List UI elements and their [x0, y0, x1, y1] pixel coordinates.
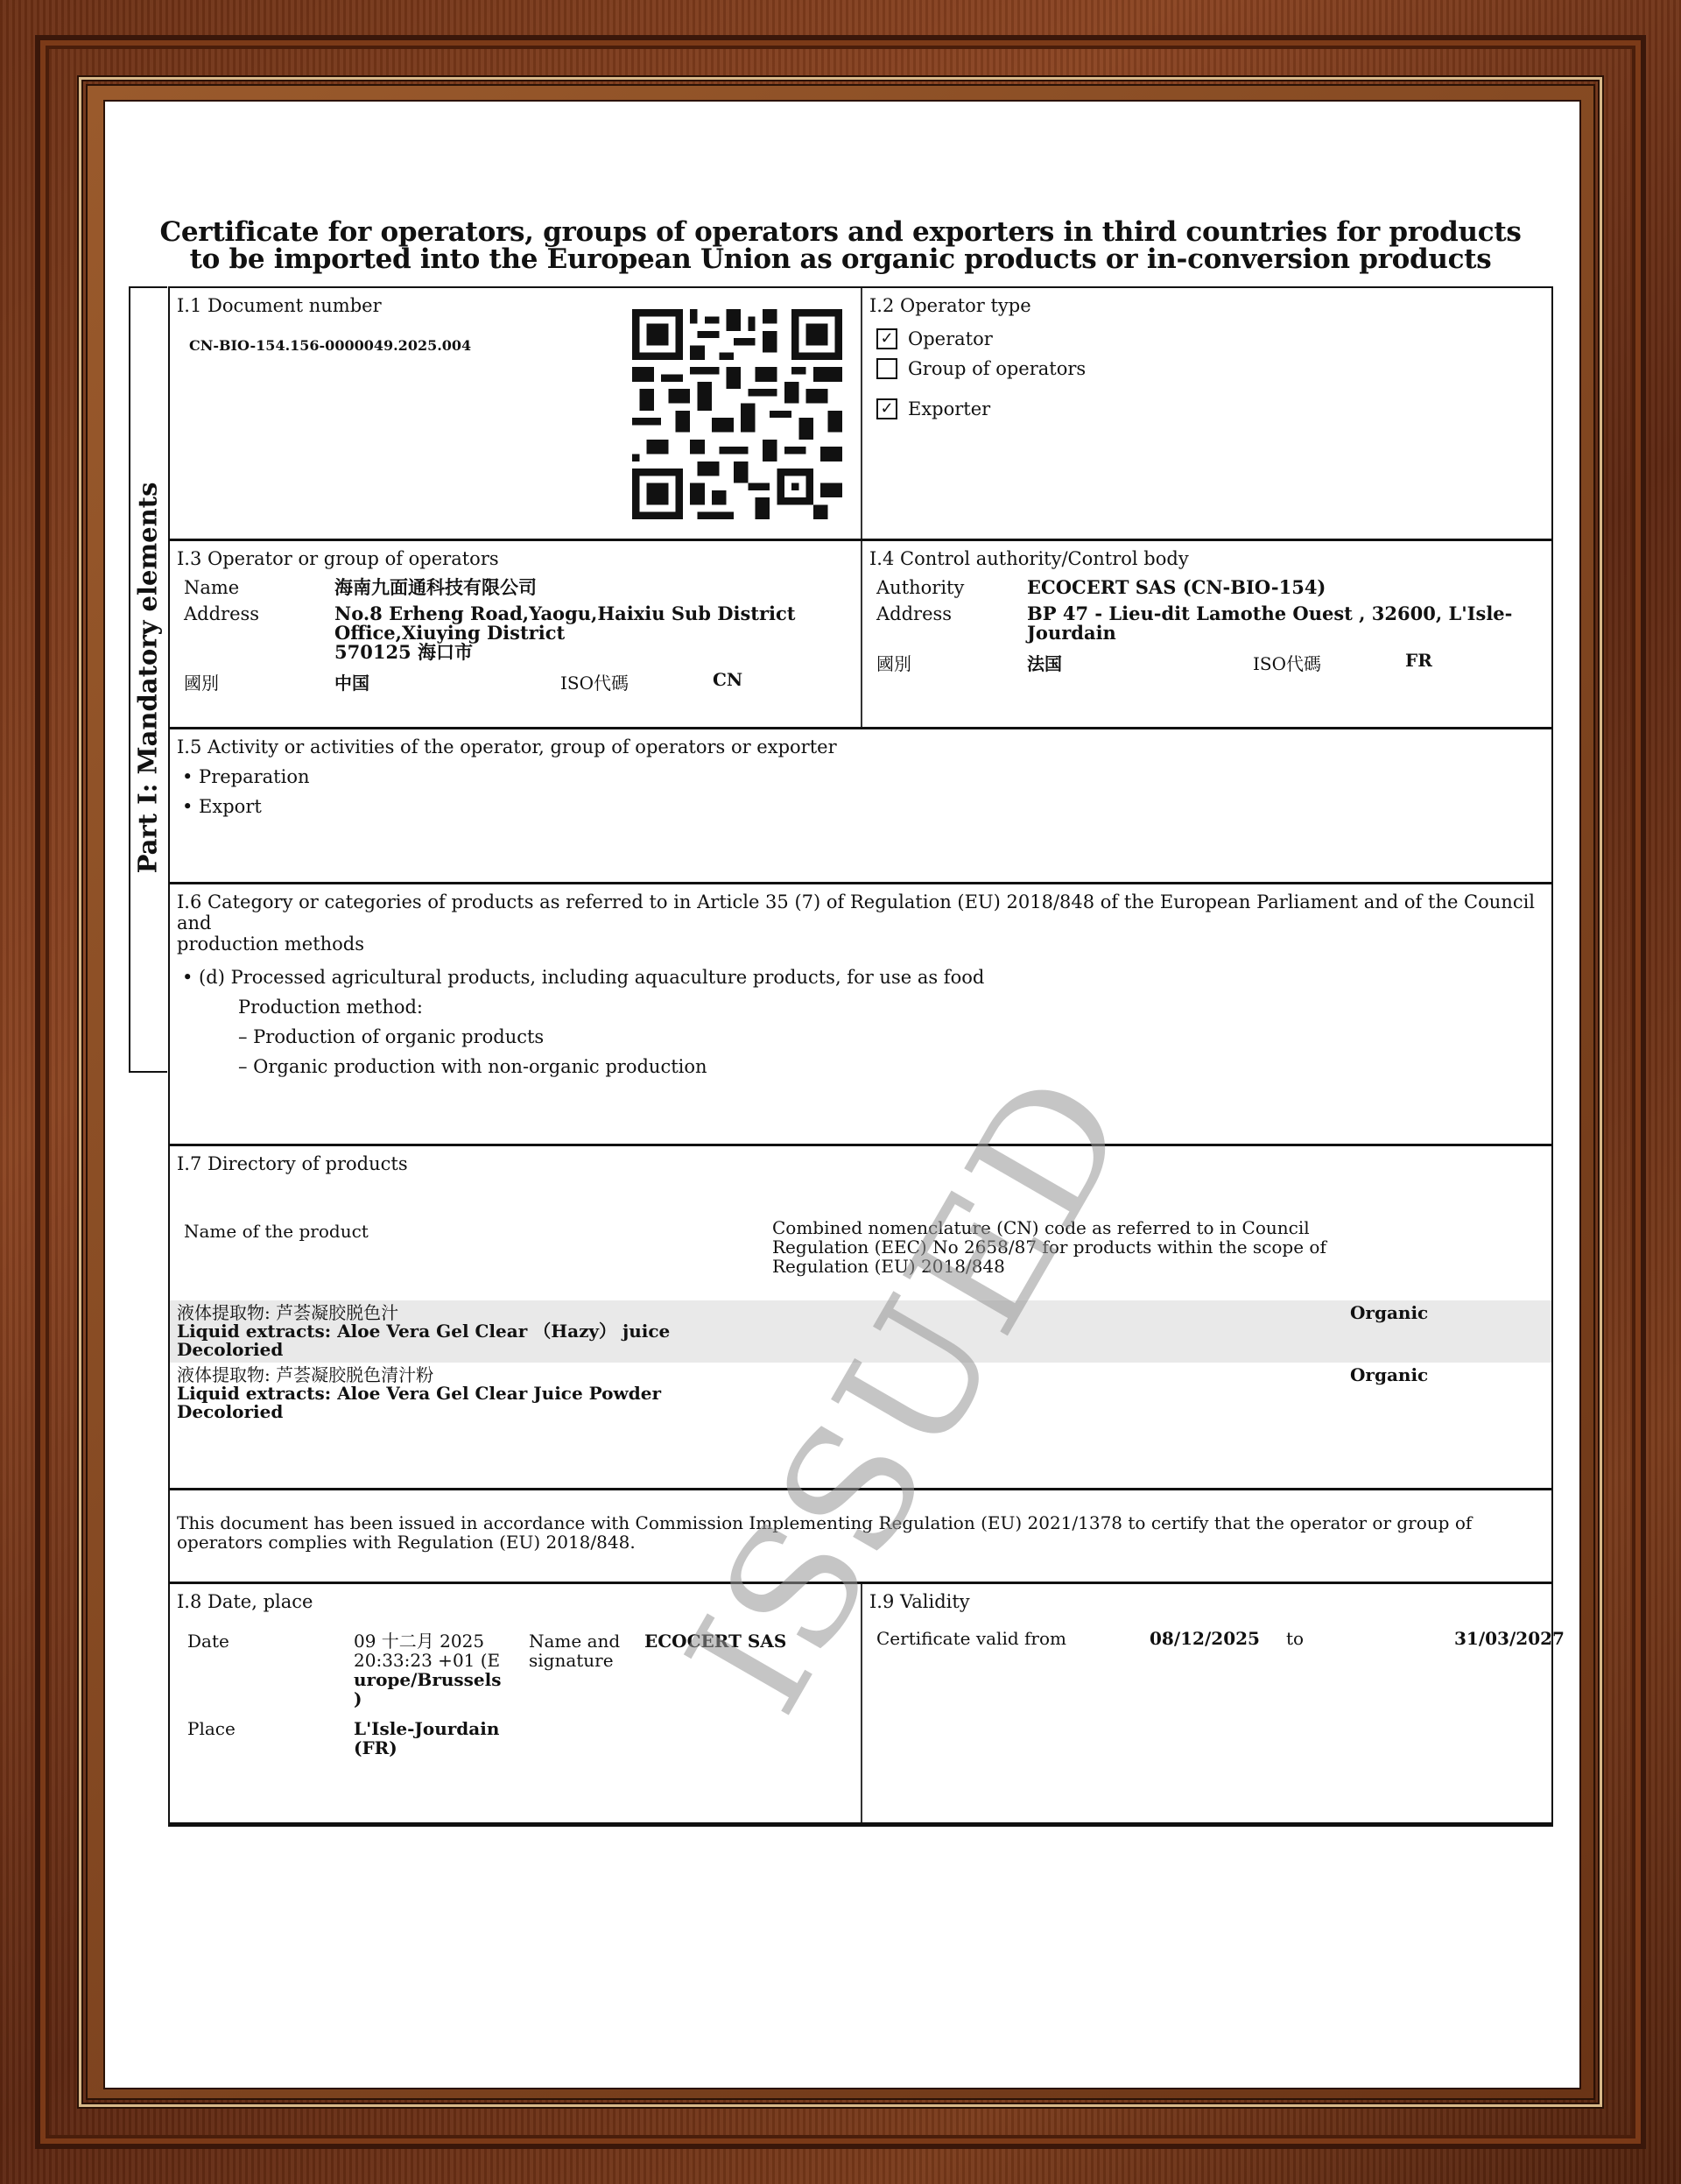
row-operator-authority: I.3 Operator or group of operators Name …	[170, 541, 1551, 729]
signature-value: ECOCERT SAS	[644, 1631, 854, 1708]
section-heading: I.2 Operator type	[869, 295, 1544, 316]
column-cn-line: Regulation (EU) 2018/848	[772, 1257, 1350, 1276]
column-cn-line: Combined nomenclature (CN) code as refer…	[772, 1218, 1350, 1237]
section-heading: production methods	[177, 933, 1544, 955]
checkbox-unchecked-icon[interactable]	[876, 358, 897, 379]
row-categories: I.6 Category or categories of products a…	[170, 884, 1551, 1146]
activity-item: • Export	[182, 796, 1544, 817]
part-label-text: Part I: Mandatory elements	[132, 483, 162, 874]
address-line: Jourdain	[1027, 623, 1544, 643]
checkbox-group-of-operators[interactable]: Group of operators	[876, 358, 1544, 379]
checkbox-exporter[interactable]: ✓Exporter	[876, 398, 1544, 419]
date-line: urope/Brussels	[354, 1670, 529, 1689]
section-activities: I.5 Activity or activities of the operat…	[170, 729, 1551, 882]
valid-to-date: 31/03/2027	[1454, 1628, 1565, 1649]
product-name-en: Liquid extracts: Aloe Vera Gel Clear Jui…	[177, 1384, 1350, 1403]
table-row: 液体提取物: 芦荟凝胶脱色清汁粉 Liquid extracts: Aloe V…	[170, 1363, 1551, 1425]
section-heading: I.7 Directory of products	[177, 1153, 1544, 1174]
product-status: Organic	[1350, 1304, 1428, 1359]
section-date-place: I.8 Date, place Date 09 十二月 2025 20:33:2…	[170, 1584, 861, 1822]
section-heading: I.9 Validity	[869, 1591, 1544, 1612]
product-name-en: Decoloried	[177, 1403, 1350, 1421]
section-validity: I.9 Validity Certificate valid from 08/1…	[861, 1584, 1551, 1822]
production-method-label: Production method:	[238, 997, 1544, 1018]
product-name: 液体提取物: 芦荟凝胶脱色清汁粉 Liquid extracts: Aloe V…	[177, 1366, 1350, 1421]
production-method-item: – Organic production with non-organic pr…	[238, 1056, 1544, 1077]
authority-address: BP 47 - Lieu-dit Lamothe Ouest , 32600, …	[1027, 601, 1544, 646]
checkbox-operator[interactable]: ✓Operator	[876, 328, 1544, 349]
place-line: L'Isle-Jourdain	[354, 1719, 529, 1738]
table-row: 液体提取物: 芦荟凝胶脱色汁 Liquid extracts: Aloe Ver…	[170, 1300, 1551, 1363]
section-heading: I.3 Operator or group of operators	[177, 548, 854, 569]
signature-label: Name and signature	[529, 1631, 644, 1708]
authority-label: Authority	[876, 574, 1027, 601]
date-value: 09 十二月 2025 20:33:23 +01 (E urope/Brusse…	[354, 1631, 529, 1708]
column-cn-line: Regulation (EEC) No 2658/87 for products…	[772, 1237, 1350, 1257]
signature-label-line: signature	[529, 1651, 644, 1670]
authority-value: ECOCERT SAS (CN-BIO-154)	[1027, 574, 1544, 601]
section-categories: I.6 Category or categories of products a…	[170, 884, 1551, 1144]
checkbox-checked-icon[interactable]: ✓	[876, 328, 897, 349]
date-label: Date	[187, 1631, 354, 1708]
iso-label: ISO代碼	[560, 669, 713, 694]
activity-item: • Preparation	[182, 766, 1544, 787]
row-statement: This document has been issued in accorda…	[170, 1490, 1551, 1584]
row-activities: I.5 Activity or activities of the operat…	[170, 729, 1551, 884]
country-value: 法国	[1027, 650, 1253, 675]
category-item: • (d) Processed agricultural products, i…	[182, 967, 1544, 988]
product-name-en: Decoloried	[177, 1341, 1350, 1359]
country-label: 國別	[184, 669, 334, 694]
section-heading: I.6 Category or categories of products a…	[177, 891, 1544, 933]
operator-name: 海南九面通科技有限公司	[334, 574, 854, 601]
product-name-zh: 液体提取物: 芦荟凝胶脱色清汁粉	[177, 1366, 1350, 1384]
section-control-body: I.4 Control authority/Control body Autho…	[861, 541, 1551, 727]
date-line: )	[354, 1689, 529, 1708]
certificate-title: Certificate for operators, groups of ope…	[158, 219, 1523, 273]
products-table-header: Name of the product Combined nomenclatur…	[177, 1218, 1544, 1276]
row-date-validity: I.8 Date, place Date 09 十二月 2025 20:33:2…	[170, 1584, 1551, 1825]
date-line: 09 十二月 2025	[354, 1631, 529, 1651]
address-line: 570125 海口市	[334, 643, 854, 662]
column-cn-code: Combined nomenclature (CN) code as refer…	[772, 1218, 1350, 1276]
place-line: (FR)	[354, 1738, 529, 1758]
iso-value: CN	[713, 669, 854, 694]
section-heading: I.4 Control authority/Control body	[869, 548, 1544, 569]
signature-label-line: Name and	[529, 1631, 644, 1651]
country-value: 中国	[334, 669, 560, 694]
product-name-zh: 液体提取物: 芦荟凝胶脱色汁	[177, 1304, 1350, 1322]
section-operator-type: I.2 Operator type ✓Operator Group of ope…	[861, 288, 1551, 539]
certificate-grid: I.1 Document number CN-BIO-154.156-00000…	[168, 286, 1553, 1827]
iso-label: ISO代碼	[1253, 650, 1405, 675]
row-document-operator-type: I.1 Document number CN-BIO-154.156-00000…	[170, 288, 1551, 541]
iso-value: FR	[1405, 650, 1544, 675]
operator-address: No.8 Erheng Road,Yaogu,Haixiu Sub Distri…	[334, 601, 854, 666]
address-line: No.8 Erheng Road,Yaogu,Haixiu Sub Distri…	[334, 604, 854, 623]
place-value: L'Isle-Jourdain (FR)	[354, 1719, 529, 1758]
checkbox-label: Operator	[908, 328, 993, 349]
checkbox-label: Group of operators	[908, 358, 1086, 379]
compliance-statement: This document has been issued in accorda…	[170, 1490, 1551, 1582]
address-label: Address	[876, 601, 1027, 646]
product-name: 液体提取物: 芦荟凝胶脱色汁 Liquid extracts: Aloe Ver…	[177, 1304, 1350, 1359]
address-line: BP 47 - Lieu-dit Lamothe Ouest , 32600, …	[1027, 604, 1544, 623]
valid-from-date: 08/12/2025	[1150, 1628, 1286, 1649]
row-products: I.7 Directory of products Name of the pr…	[170, 1146, 1551, 1490]
checkbox-checked-icon[interactable]: ✓	[876, 398, 897, 419]
checkbox-label: Exporter	[908, 398, 990, 419]
address-label: Address	[184, 601, 334, 666]
product-name-en: Liquid extracts: Aloe Vera Gel Clear （Ha…	[177, 1322, 1350, 1341]
qr-code-icon[interactable]	[632, 309, 842, 519]
section-heading: I.5 Activity or activities of the operat…	[177, 736, 1544, 757]
address-line: Office,Xiuying District	[334, 623, 854, 643]
part-label: Part I: Mandatory elements	[129, 286, 165, 1069]
production-method-item: – Production of organic products	[238, 1026, 1544, 1047]
valid-to-label: to	[1286, 1628, 1454, 1649]
date-line: 20:33:23 +01 (E	[354, 1651, 529, 1670]
country-label: 國別	[876, 650, 1027, 675]
product-status: Organic	[1350, 1366, 1428, 1421]
valid-from-label: Certificate valid from	[876, 1628, 1150, 1649]
section-operator: I.3 Operator or group of operators Name …	[170, 541, 861, 727]
column-product-name: Name of the product	[177, 1218, 772, 1276]
place-label: Place	[187, 1719, 354, 1758]
section-document-number: I.1 Document number CN-BIO-154.156-00000…	[170, 288, 861, 539]
section-heading: I.8 Date, place	[177, 1591, 854, 1612]
section-products: I.7 Directory of products Name of the pr…	[170, 1146, 1551, 1488]
name-label: Name	[184, 574, 334, 601]
